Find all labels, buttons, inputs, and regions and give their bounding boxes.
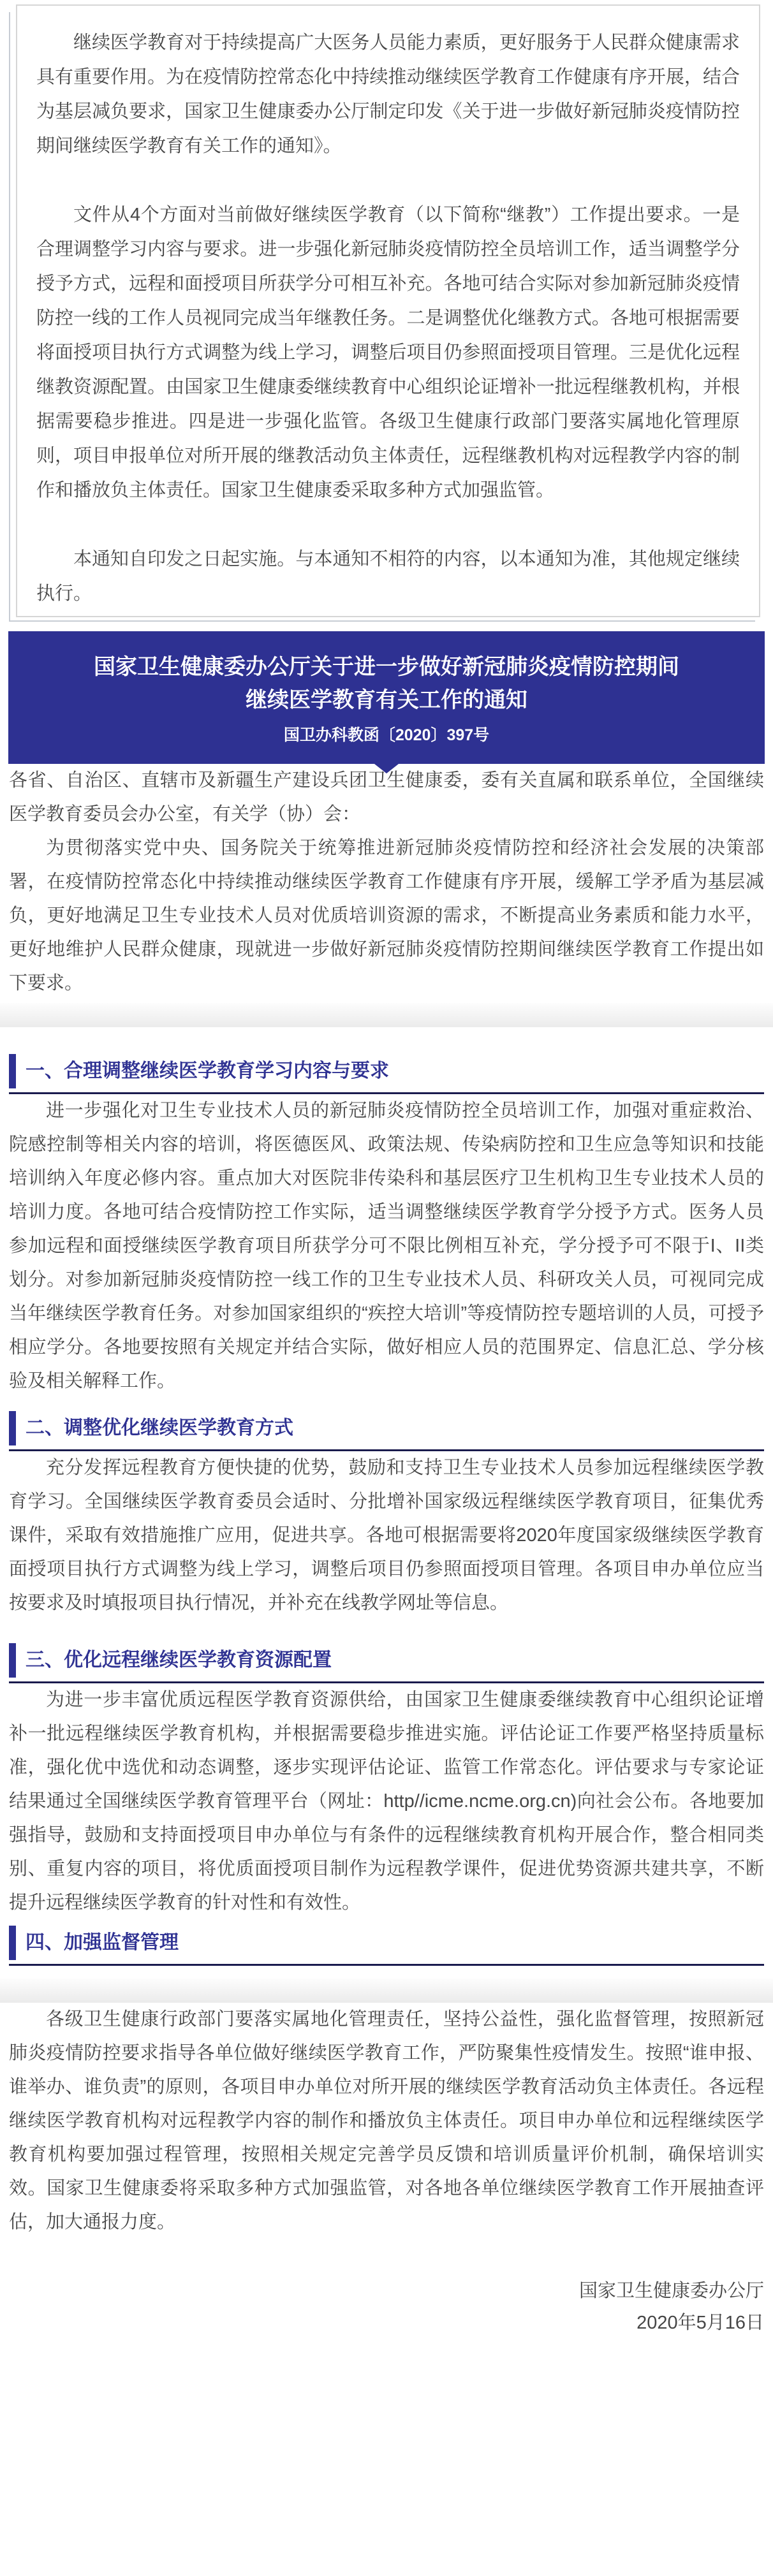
section-1: 一、合理调整继续医学教育学习内容与要求 进一步强化对卫生专业技术人员的新冠肺炎疫… (9, 1054, 764, 1398)
page: 继续医学教育对于持续提高广大医务人员能力素质，更好服务于人民群众健康需求具有重要… (0, 4, 773, 2339)
banner-title-line-1: 国家卫生健康委办公厅关于进一步做好新冠肺炎疫情防控期间 (21, 650, 752, 684)
summary-paragraph: 继续医学教育对于持续提高广大医务人员能力素质，更好服务于人民群众健康需求具有重要… (36, 26, 740, 163)
section-heading: 一、合理调整继续医学教育学习内容与要求 (9, 1054, 764, 1094)
section-3: 三、优化远程继续医学教育资源配置 为进一步丰富优质远程医学教育资源供给，由国家卫… (9, 1643, 764, 1920)
section-paragraph: 为进一步丰富优质远程医学教育资源供给，由国家卫生健康委继续教育中心组织论证增补一… (9, 1683, 764, 1920)
addressee-line: 各省、自治区、直辖市及新疆生产建设兵团卫生健康委，委有关直属和联系单位，全国继续… (9, 764, 764, 831)
section-paragraph: 进一步强化对卫生专业技术人员的新冠肺炎疫情防控全员培训工作，加强对重症救治、院感… (9, 1094, 764, 1398)
section-divider (0, 1979, 773, 2003)
section-paragraph: 各级卫生健康行政部门要落实属地化管理责任，坚持公益性，强化监督管理，按照新冠肺炎… (9, 2003, 764, 2239)
accent-bar-icon (9, 1643, 16, 1678)
notice-summary-frame: 继续医学教育对于持续提高广大医务人员能力素质，更好服务于人民群众健康需求具有重要… (16, 4, 760, 617)
section-4: 四、加强监督管理 各级卫生健康行政部门要落实属地化管理责任，坚持公益性，强化监督… (9, 1926, 764, 2239)
signature-block: 国家卫生健康委办公厅 2020年5月16日 (9, 2275, 764, 2339)
preamble-paragraph: 为贯彻落实党中央、国务院关于统筹推进新冠肺炎疫情防控和经济社会发展的决策部署，在… (9, 831, 764, 1000)
section-paragraph: 充分发挥远程教育方便快捷的优势，鼓励和支持卫生专业技术人员参加远程继续医学教育学… (9, 1451, 764, 1620)
notice-title-banner: 国家卫生健康委办公厅关于进一步做好新冠肺炎疫情防控期间 继续医学教育有关工作的通… (8, 631, 765, 764)
section-heading-text: 二、调整优化继续医学教育方式 (26, 1411, 293, 1445)
section-heading-text: 四、加强监督管理 (26, 1926, 179, 1960)
summary-paragraph: 文件从4个方面对当前做好继续医学教育（以下简称“继教”）工作提出要求。一是合理调… (36, 198, 740, 508)
summary-paragraph: 本通知自印发之日起实施。与本通知不相符的内容，以本通知为准，其他规定继续执行。 (36, 542, 740, 611)
section-heading: 二、调整优化继续医学教育方式 (9, 1411, 764, 1451)
banner-doc-number: 国卫办科教函〔2020〕397号 (21, 726, 752, 745)
section-heading-text: 三、优化远程继续医学教育资源配置 (26, 1643, 332, 1678)
section-heading: 三、优化远程继续医学教育资源配置 (9, 1643, 764, 1683)
signature-date: 2020年5月16日 (9, 2307, 764, 2339)
signature-line: 国家卫生健康委办公厅 (9, 2275, 764, 2307)
accent-bar-icon (9, 1054, 16, 1088)
section-heading-text: 一、合理调整继续医学教育学习内容与要求 (26, 1054, 389, 1088)
section-heading: 四、加强监督管理 (9, 1926, 764, 1966)
section-divider (0, 1003, 773, 1027)
section-2: 二、调整优化继续医学教育方式 充分发挥远程教育方便快捷的优势，鼓励和支持卫生专业… (9, 1411, 764, 1620)
banner-title-line-2: 继续医学教育有关工作的通知 (21, 684, 752, 717)
accent-bar-icon (9, 1926, 16, 1960)
letter-body: 各省、自治区、直辖市及新疆生产建设兵团卫生健康委，委有关直属和联系单位，全国继续… (0, 764, 773, 2339)
accent-bar-icon (9, 1411, 16, 1445)
